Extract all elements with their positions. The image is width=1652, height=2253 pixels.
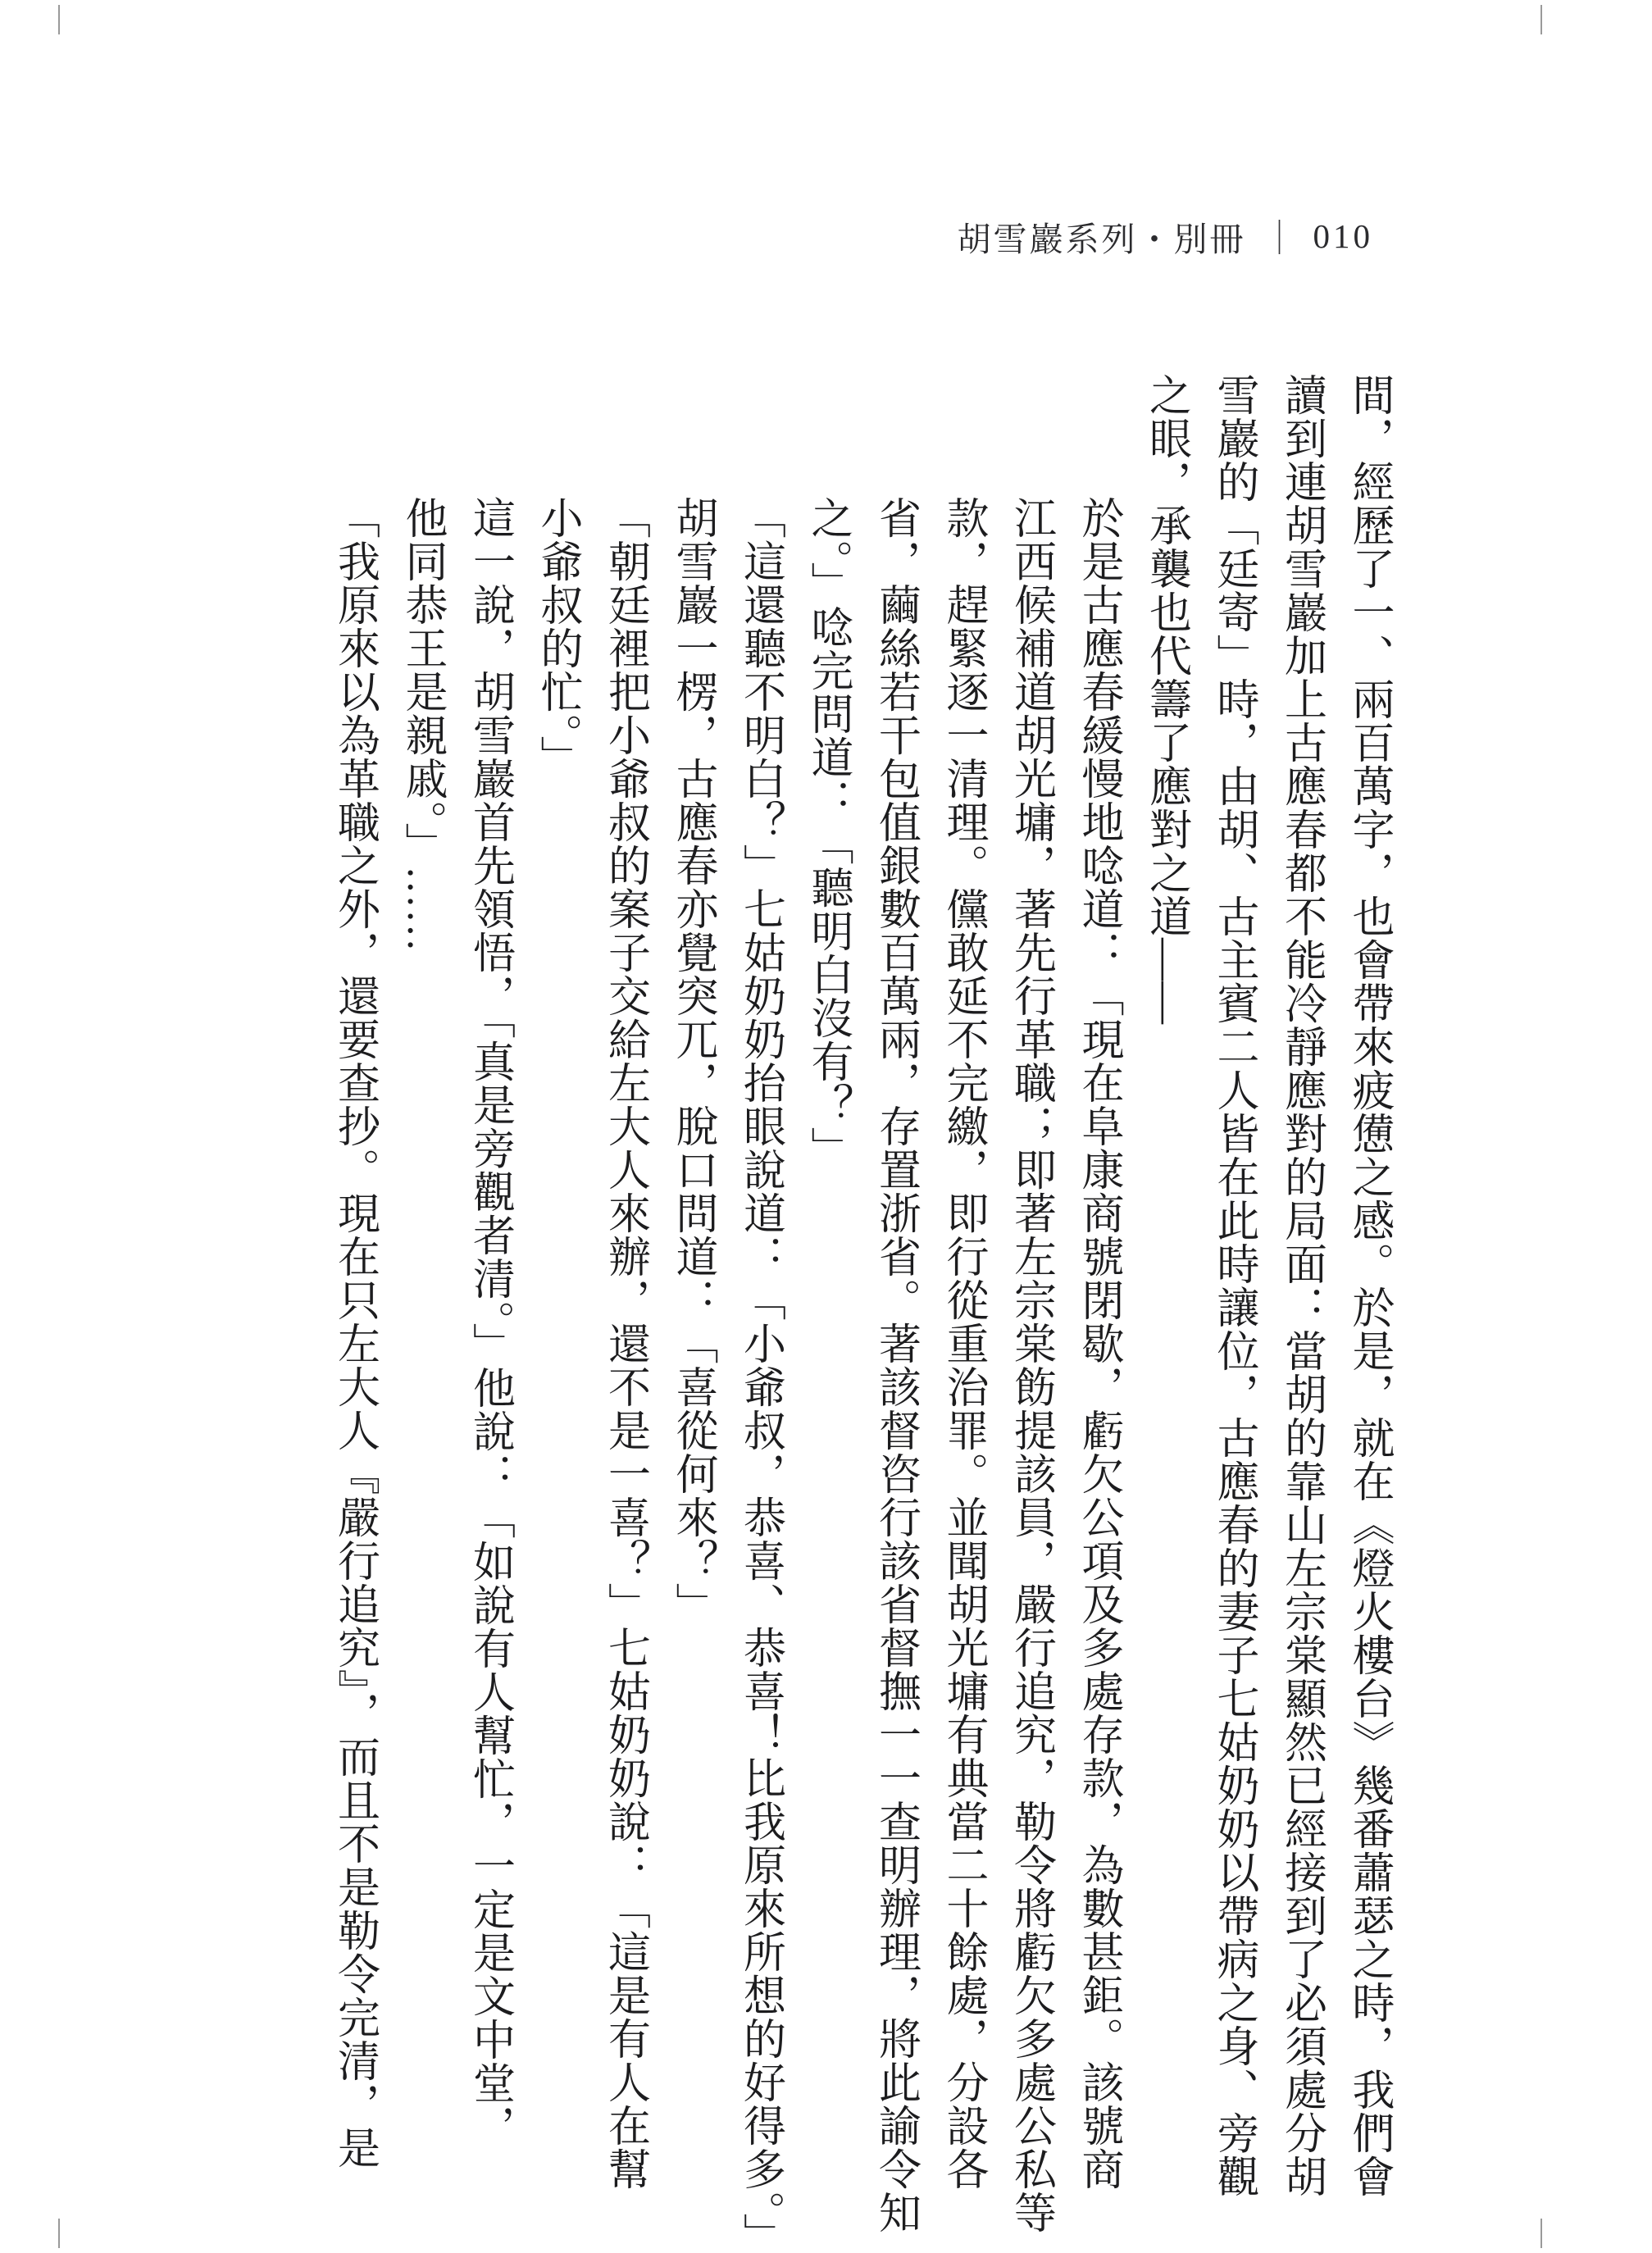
text-column: 胡雪巖一楞，古應春亦覺突兀，脫口問道：「喜從何來？」 [658, 496, 726, 2242]
text-column: 他同恭王是親戚。」…… [388, 496, 456, 2242]
text-column: 江西候補道胡光墉，著先行革職；即著左宗棠飭提該員，嚴行追究，勒令將虧欠多處公私等 [996, 496, 1064, 2242]
crop-mark [1541, 2219, 1542, 2248]
text-column: 「這還聽不明白？」七姑奶奶抬眼說道：「小爺叔，恭喜、恭喜！比我原來所想的好得多。… [726, 496, 794, 2242]
text-column: 省，繭絲若干包值銀數百萬兩，存置浙省。著該督咨行該省督撫一一查明辦理，將此諭令知 [861, 496, 929, 2242]
text-column: 雪巖的「廷寄」時，由胡、古主賓二人皆在此時讓位，古應春的妻子七姑奶奶以帶病之身、… [1199, 373, 1267, 2251]
running-head: 胡雪巖系列・別冊 ｜ 010 [1054, 212, 1373, 261]
text-column: 之。」唸完問道：「聽明白沒有？」 [794, 496, 862, 2242]
book-page: 胡雪巖系列・別冊 ｜ 010 間，經歷了一、兩百萬字，也會帶來疲憊之感。於是，就… [0, 0, 1652, 2253]
text-column: 之眼，承襲也代籌了應對之道—— [1131, 373, 1199, 2251]
page-number: 010 [1313, 216, 1374, 256]
text-column: 「朝廷裡把小爺叔的案子交給左大人來辦，還不是一喜？」七姑奶奶說：「這是有人在幫 [590, 496, 658, 2242]
text-column: 這一說，胡雪巖首先領悟，「真是旁觀者清。」他說：「如說有人幫忙，一定是文中堂， [455, 496, 523, 2242]
text-column: 讀到連胡雪巖加上古應春都不能冷靜應對的局面：當胡的靠山左宗棠顯然已經接到了必須處… [1267, 373, 1335, 2251]
text-column: 款，趕緊逐一清理。儻敢延不完繳，即行從重治罪。並聞胡光墉有典當二十餘處，分設各 [929, 496, 997, 2242]
text-column: 於是古應春緩慢地唸道：「現在阜康商號閉歇，虧欠公項及多處存款，為數甚鉅。該號商 [1064, 496, 1132, 2242]
text-column: 小爺叔的忙。」 [523, 496, 591, 2242]
crop-mark [1541, 5, 1542, 34]
commentary-paragraph: 間，經歷了一、兩百萬字，也會帶來疲憊之感。於是，就在《燈火樓台》幾番蕭瑟之時，我… [1131, 373, 1402, 2251]
text-column: 間，經歷了一、兩百萬字，也會帶來疲憊之感。於是，就在《燈火樓台》幾番蕭瑟之時，我… [1335, 373, 1403, 2251]
crop-mark [58, 2219, 60, 2248]
novel-quote-block: 於是古應春緩慢地唸道：「現在阜康商號閉歇，虧欠公項及多處存款，為數甚鉅。該號商 … [320, 496, 1131, 2242]
series-title: 胡雪巖系列・別冊 [957, 212, 1245, 261]
crop-mark [58, 5, 60, 34]
text-column: 「我原來以為革職之外，還要查抄。現在只左大人『嚴行追究』，而且不是勒令完清，是 [320, 496, 388, 2242]
header-separator: ｜ [1262, 212, 1296, 261]
